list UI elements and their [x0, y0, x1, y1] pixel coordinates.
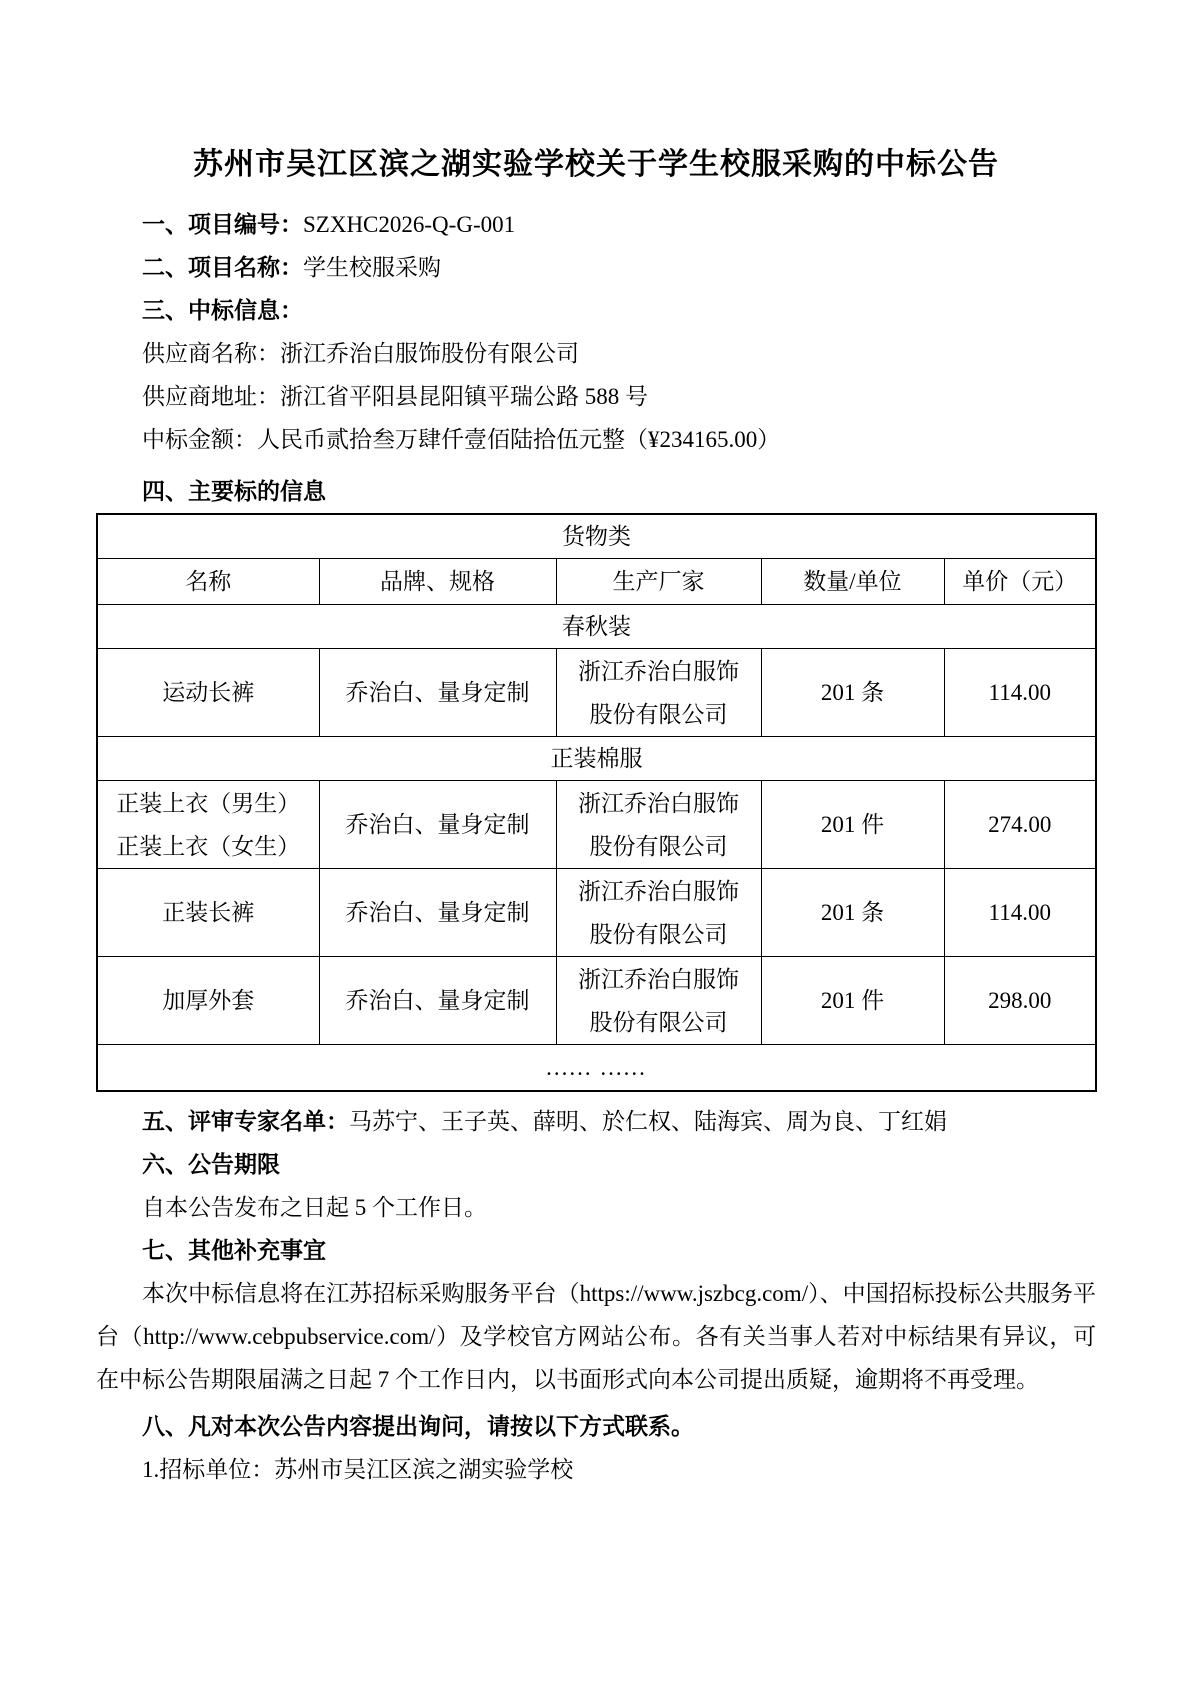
item-manufacturer: 浙江乔治白服饰 股份有限公司 [556, 649, 761, 737]
project-number-value: SZXHC2026-Q-G-001 [303, 212, 515, 237]
item-quantity: 201 条 [761, 869, 944, 957]
table-row: 正装长裤 乔治白、量身定制 浙江乔治白服饰 股份有限公司 201 条 114.0… [97, 869, 1096, 957]
supplier-name-line: 供应商名称：浙江乔治白服饰股份有限公司 [96, 332, 1096, 375]
table-row: 加厚外套 乔治白、量身定制 浙江乔治白服饰 股份有限公司 201 件 298.0… [97, 957, 1096, 1045]
contact-unit-line: 1.招标单位：苏州市吴江区滨之湖实验学校 [96, 1448, 1096, 1491]
table-row: 正装上衣（男生） 正装上衣（女生） 乔治白、量身定制 浙江乔治白服饰 股份有限公… [97, 781, 1096, 869]
col-header-unit-price: 单价（元） [944, 559, 1096, 605]
item-brand: 乔治白、量身定制 [319, 781, 556, 869]
col-header-quantity: 数量/单位 [761, 559, 944, 605]
group-row-spring-autumn: 春秋装 [97, 605, 1096, 649]
item-quantity: 201 条 [761, 649, 944, 737]
notice-period-text: 自本公告发布之日起 5 个工作日。 [96, 1186, 1096, 1229]
notice-period-heading: 六、公告期限 [96, 1143, 1096, 1186]
project-number-label: 一、项目编号： [142, 211, 303, 237]
item-brand: 乔治白、量身定制 [319, 869, 556, 957]
item-quantity: 201 件 [761, 957, 944, 1045]
project-name-line: 二、项目名称：学生校服采购 [96, 246, 1096, 289]
experts-line: 五、评审专家名单：马苏宁、王子英、薛明、於仁权、陆海宾、周为良、丁红娟 [96, 1100, 1096, 1143]
group-label: 春秋装 [97, 605, 1096, 649]
award-info-heading: 三、中标信息： [96, 289, 1096, 332]
other-matters-paragraph: 本次中标信息将在江苏招标采购服务平台（https://www.jszbcg.co… [96, 1272, 1096, 1401]
group-label: 正装棉服 [97, 737, 1096, 781]
item-name: 加厚外套 [97, 957, 319, 1045]
item-name: 正装上衣（男生） 正装上衣（女生） [97, 781, 319, 869]
item-unit-price: 114.00 [944, 869, 1096, 957]
subject-info-table: 货物类 名称 品牌、规格 生产厂家 数量/单位 单价（元） 春秋装 运动长裤 乔… [96, 513, 1097, 1092]
ellipsis-cell: ...... ...... [97, 1045, 1096, 1091]
item-unit-price: 274.00 [944, 781, 1096, 869]
page-title: 苏州市吴江区滨之湖实验学校关于学生校服采购的中标公告 [96, 142, 1096, 188]
item-unit-price: 114.00 [944, 649, 1096, 737]
item-manufacturer: 浙江乔治白服饰 股份有限公司 [556, 869, 761, 957]
experts-names: 马苏宁、王子英、薛明、於仁权、陆海宾、周为良、丁红娟 [349, 1109, 947, 1134]
table-header-row: 名称 品牌、规格 生产厂家 数量/单位 单价（元） [97, 559, 1096, 605]
item-quantity: 201 件 [761, 781, 944, 869]
subject-info-heading: 四、主要标的信息 [96, 470, 1096, 513]
item-brand: 乔治白、量身定制 [319, 649, 556, 737]
category-cell: 货物类 [97, 514, 1096, 559]
supplier-address-line: 供应商地址：浙江省平阳县昆阳镇平瑞公路 588 号 [96, 375, 1096, 418]
item-name: 运动长裤 [97, 649, 319, 737]
group-row-formal-cotton: 正装棉服 [97, 737, 1096, 781]
experts-label: 五、评审专家名单： [142, 1108, 349, 1134]
project-name-label: 二、项目名称： [142, 254, 303, 280]
item-brand: 乔治白、量身定制 [319, 957, 556, 1045]
table-category-row: 货物类 [97, 514, 1096, 559]
col-header-name: 名称 [97, 559, 319, 605]
award-amount-line: 中标金额：人民币贰拾叁万肆仟壹佰陆拾伍元整（¥234165.00） [96, 418, 1096, 461]
contact-heading: 八、凡对本次公告内容提出询问，请按以下方式联系。 [96, 1405, 1096, 1448]
document-content: 苏州市吴江区滨之湖实验学校关于学生校服采购的中标公告 一、项目编号：SZXHC2… [0, 142, 1191, 1491]
item-manufacturer: 浙江乔治白服饰 股份有限公司 [556, 781, 761, 869]
project-number-line: 一、项目编号：SZXHC2026-Q-G-001 [96, 203, 1096, 246]
item-name: 正装长裤 [97, 869, 319, 957]
col-header-brand: 品牌、规格 [319, 559, 556, 605]
other-matters-heading: 七、其他补充事宜 [96, 1229, 1096, 1272]
col-header-manufacturer: 生产厂家 [556, 559, 761, 605]
table-row: 运动长裤 乔治白、量身定制 浙江乔治白服饰 股份有限公司 201 条 114.0… [97, 649, 1096, 737]
item-manufacturer: 浙江乔治白服饰 股份有限公司 [556, 957, 761, 1045]
document-page: 苏州市吴江区滨之湖实验学校关于学生校服采购的中标公告 一、项目编号：SZXHC2… [0, 0, 1191, 1684]
project-name-value: 学生校服采购 [303, 255, 441, 280]
table-ellipsis-row: ...... ...... [97, 1045, 1096, 1091]
item-unit-price: 298.00 [944, 957, 1096, 1045]
